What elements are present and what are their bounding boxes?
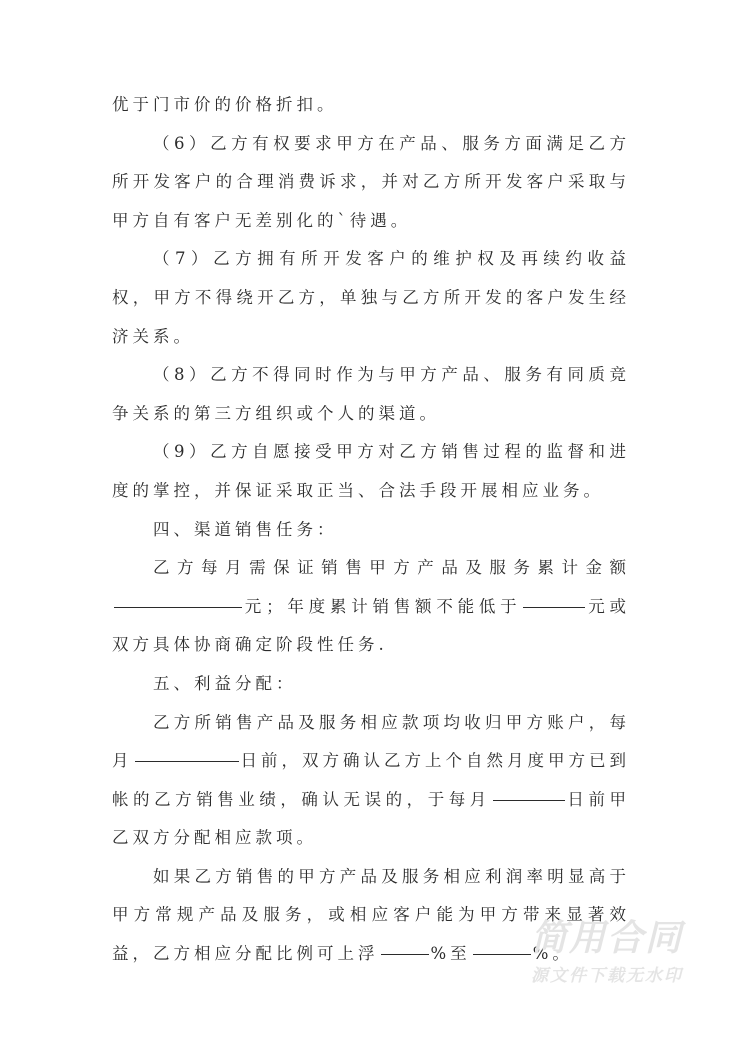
blank-ratio-min xyxy=(381,936,429,955)
paragraph-sales-task: 乙方每月需保证销售甲方产品及服务累计金额元；年度累计销售额不能低于元或双方具体协… xyxy=(112,549,630,665)
watermark: 简用合同 源文件下载无水印 xyxy=(512,918,702,990)
paragraph-clause-7: （7）乙方拥有所开发客户的维护权及再续约收益权，甲方不得绕开乙方，单独与乙方所开… xyxy=(112,240,630,356)
blank-confirm-day xyxy=(135,743,239,762)
watermark-logo-text: 简用合同 xyxy=(512,918,702,960)
blank-monthly-amount xyxy=(114,589,242,608)
watermark-subtitle: 源文件下载无水印 xyxy=(512,962,702,990)
document-page: 优于门市价的价格折扣。 （6）乙方有权要求甲方在产品、服务方面满足乙方所开发客户… xyxy=(112,86,630,974)
paragraph-clause-9: （9）乙方自愿接受甲方对乙方销售过程的监督和进度的掌控，并保证采取正当、合法手段… xyxy=(112,433,630,510)
paragraph-clause-8: （8）乙方不得同时作为与甲方产品、服务有同质竞争关系的第三方组织或个人的渠道。 xyxy=(112,356,630,433)
paragraph-profit-distribution: 乙方所销售产品及服务相应款项均收归甲方账户，每月日前，双方确认乙方上个自然月度甲… xyxy=(112,704,630,858)
section-heading-sales-task: 四、渠道销售任务： xyxy=(112,511,630,550)
blank-annual-amount xyxy=(523,589,585,608)
blank-distribution-day xyxy=(493,782,565,801)
paragraph-discount: 优于门市价的价格折扣。 xyxy=(112,86,630,125)
bonus-text-2: %至 xyxy=(431,944,471,963)
sales-task-text-2: 元；年度累计销售额不能低于 xyxy=(244,597,521,616)
paragraph-clause-6: （6）乙方有权要求甲方在产品、服务方面满足乙方所开发客户的合理消费诉求，并对乙方… xyxy=(112,125,630,241)
sales-task-text-1: 乙方每月需保证销售甲方产品及服务累计金额 xyxy=(153,558,630,577)
section-heading-profit: 五、利益分配： xyxy=(112,665,630,704)
